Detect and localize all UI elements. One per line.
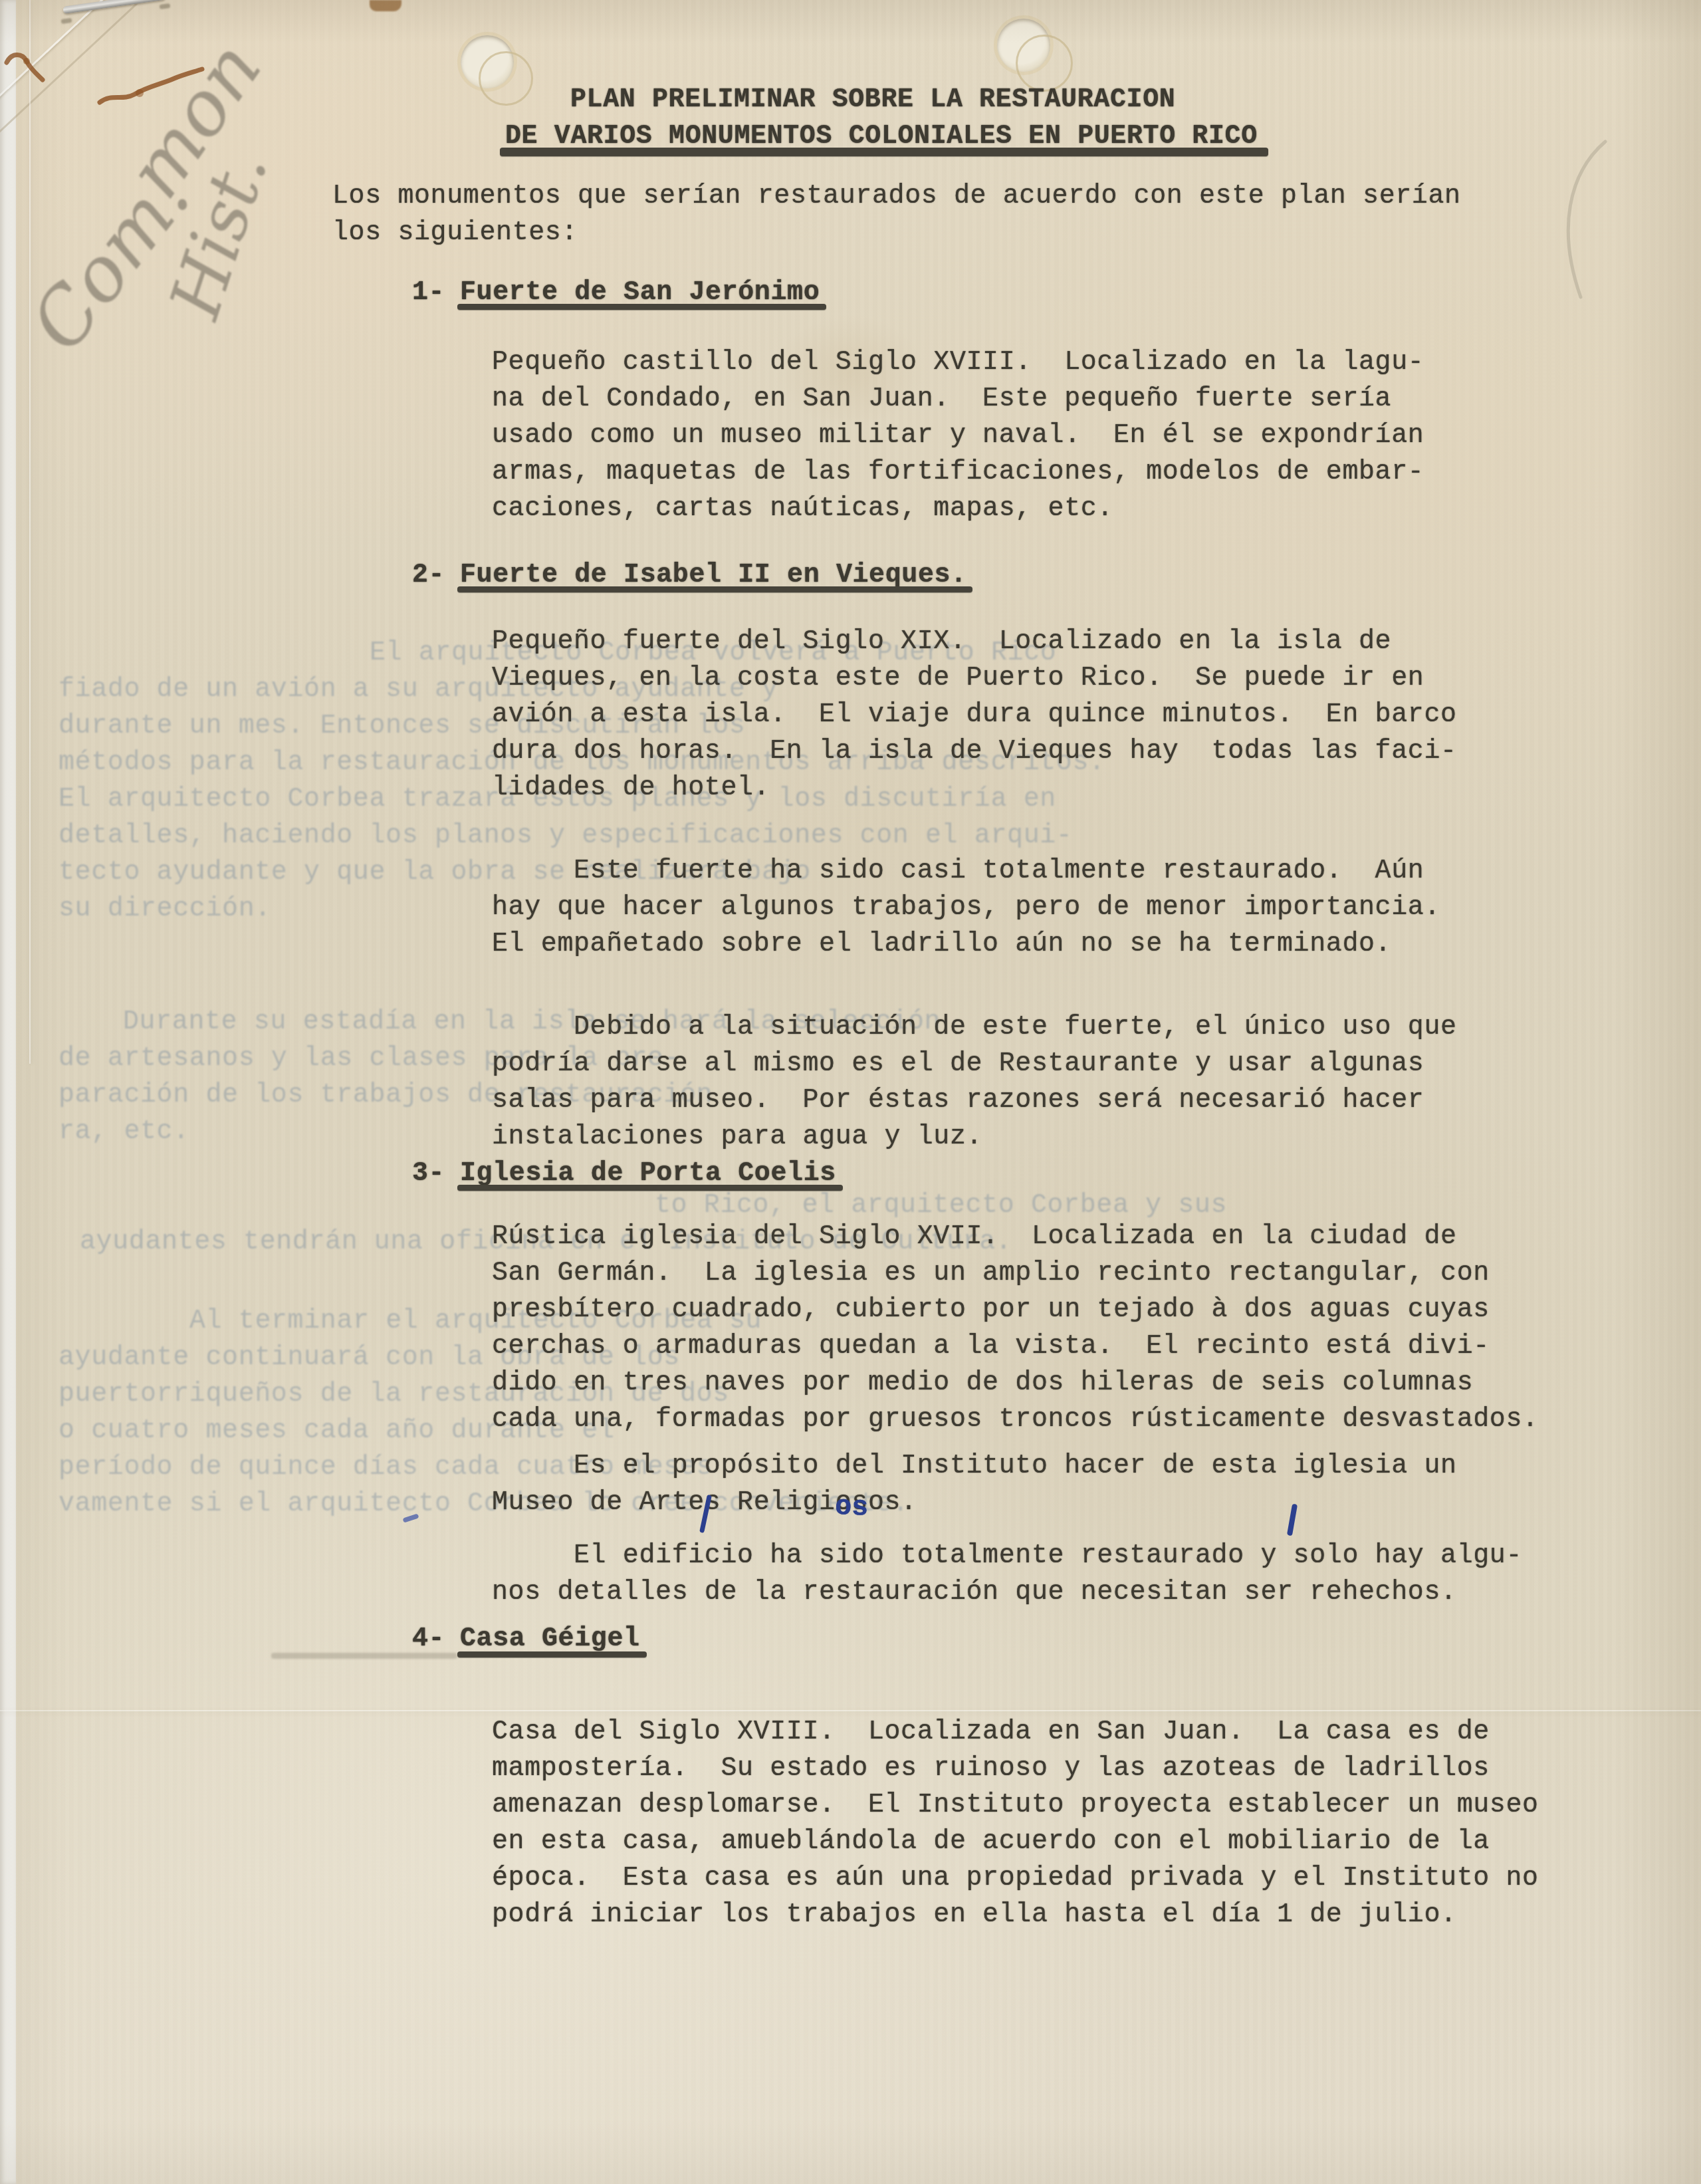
section-3-paragraph: Rústica iglesia del Siglo XVII. Localiza… [492,1219,1539,1438]
punch-hole-left-ring [479,51,533,106]
section-3-heading-underline [457,1185,843,1191]
bleed-through-line: ra, etc. [58,1114,189,1150]
vertical-crease [29,0,31,1064]
section-3-number: 3- [412,1155,445,1192]
section-1-paragraph: Pequeño castillo del Siglo XVIII. Locali… [492,344,1424,527]
bleed-through-line: su dirección. [58,891,271,927]
bleed-through-line: detalles, haciendo los planos y especifi… [58,818,1072,854]
scanner-backing-edge [0,0,16,2184]
scanned-document-page: mon Com. Hist. El arquitecto Corbea volv… [0,0,1701,2184]
section-2-paragraph: Pequeño fuerte del Siglo XIX. Localizado… [492,624,1457,806]
section-1-heading-underline [457,304,826,310]
rust-stain-top-edge [370,0,401,11]
section-4-heading-underline [457,1651,647,1657]
section-4-number: 4- [412,1621,445,1657]
staple-slot-mark [160,3,171,9]
section-2-paragraph: Este fuerte ha sido casi totalmente rest… [492,853,1440,963]
section-2-paragraph: Debido a la situación de este fuerte, el… [492,1009,1457,1155]
section-2-number: 2- [412,557,445,594]
section-2-heading-underline [457,586,972,592]
intro-paragraph: Los monumentos que serían restaurados de… [332,178,1461,251]
staple [62,0,166,14]
horizontal-fold-crease [0,1710,1701,1711]
ink-overwrite-os: os [834,1491,869,1524]
pencil-arc-mark [1542,136,1629,303]
title-underline [500,148,1268,156]
section-3-paragraph: El edificio ha sido totalmente restaurad… [492,1538,1522,1611]
document-title-line1: PLAN PRELIMINAR SOBRE LA RESTAURACION [570,82,1175,118]
section-1-number: 1- [412,275,445,311]
section-3-paragraph: Es el propósito del Instituto hacer de e… [492,1448,1457,1521]
staple-slot-mark [61,18,72,24]
section-4-paragraph: Casa del Siglo XVIII. Localizada en San … [492,1714,1539,1933]
faded-underline-smudge [271,1653,457,1659]
